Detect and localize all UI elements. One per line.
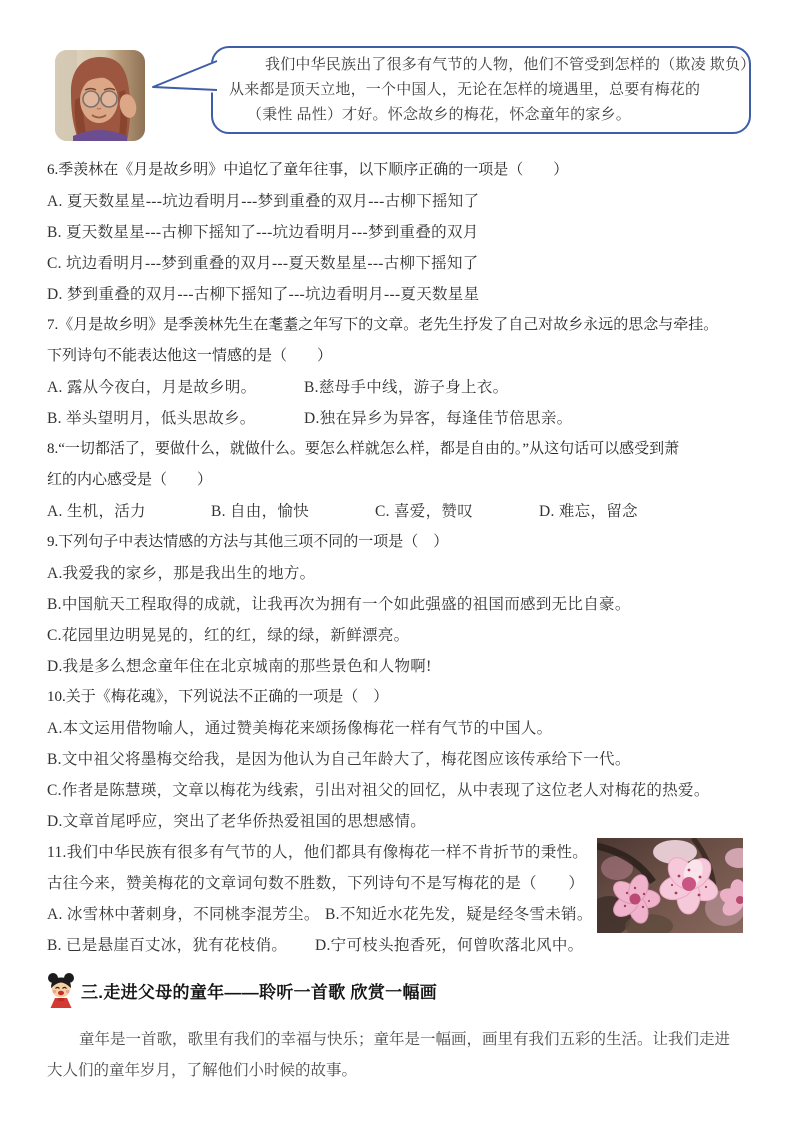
question-11-options-row: B. 已是悬崖百丈冰，犹有花枝俏。D.宁可枝头抱香死，何曾吹落北风中。 <box>47 930 757 961</box>
question-8-option-c: C. 喜爱，赞叹 <box>375 496 539 527</box>
question-7-options-row: A. 露从今夜白，月是故乡明。B.慈母手中线，游子身上衣。 <box>47 372 757 403</box>
bubble-line: 从来都是顶天立地，一个中国人，无论在怎样的境遇里，总要有梅花的 <box>229 78 737 103</box>
question-6-stem: 6.季羡林在《月是故乡明》中追忆了童年往事，以下顺序正确的一项是（ ） <box>47 155 757 186</box>
question-9-option-d: D.我是多么想念童年住在北京城南的那些景色和人物啊! <box>47 651 757 682</box>
question-6-option-c: C. 坑边看明月---梦到重叠的双月---夏天数星星---古柳下摇知了 <box>47 248 757 279</box>
question-7-stem: 7.《月是故乡明》是季羡林先生在耄耋之年写下的文章。老先生抒发了自己对故乡永远的… <box>47 310 757 341</box>
bubble-line: 我们中华民族出了很多有气节的人物，他们不管受到怎样的（欺凌 欺负） <box>229 53 737 78</box>
question-8-option-a: A. 生机，活力 <box>47 496 211 527</box>
paragraph-line: 大人们的童年岁月，了解他们小时候的故事。 <box>47 1055 757 1086</box>
question-8-option-d: D. 难忘，留念 <box>539 503 638 520</box>
question-10-option-a: A.本文运用借物喻人，通过赞美梅花来颂扬像梅花一样有气节的中国人。 <box>47 713 757 744</box>
question-11-option-b: B.不知近水花先发，疑是经冬雪未销。 <box>325 906 593 923</box>
question-7-option-b: B.慈母手中线，游子身上衣。 <box>304 379 508 396</box>
question-8-option-b: B. 自由，愉快 <box>211 496 375 527</box>
plum-blossom-photo <box>597 838 743 933</box>
question-7-option-a: A. 露从今夜白，月是故乡明。 <box>47 372 304 403</box>
question-7-options-row: B. 举头望明月，低头思故乡。D.独在异乡为异客，每逢佳节倍思亲。 <box>47 403 757 434</box>
teacher-photo <box>55 50 145 141</box>
section-intro-paragraph: 童年是一首歌，歌里有我们的幸福与快乐；童年是一幅画，画里有我们五彩的生活。让我们… <box>47 1024 757 1086</box>
question-9-option-b: B.中国航天工程取得的成就，让我再次为拥有一个如此强盛的祖国而感到无比自豪。 <box>47 589 757 620</box>
question-9-option-c: C.花园里边明晃晃的，红的红，绿的绿，新鲜漂亮。 <box>47 620 757 651</box>
question-9-stem: 9.下列句子中表达情感的方法与其他三项不同的一项是（ ） <box>47 527 757 558</box>
section-three-header: 三.走进父母的童年——聆听一首歌 欣赏一幅画 <box>45 972 437 1008</box>
paragraph-line: 童年是一首歌，歌里有我们的幸福与快乐；童年是一幅画，画里有我们五彩的生活。让我们… <box>47 1024 757 1055</box>
section-heading: 三.走进父母的童年——聆听一首歌 欣赏一幅画 <box>81 978 437 1008</box>
question-6-option-b: B. 夏天数星星---古柳下摇知了---坑边看明月---梦到重叠的双月 <box>47 217 757 248</box>
teacher-speech-bubble: 我们中华民族出了很多有气节的人物，他们不管受到怎样的（欺凌 欺负） 从来都是顶天… <box>211 46 751 134</box>
question-10-stem: 10.关于《梅花魂》，下列说法不正确的一项是（ ） <box>47 682 757 713</box>
question-10-option-d: D.文章首尾呼应，突出了老华侨热爱祖国的思想感情。 <box>47 806 757 837</box>
question-8-stem: 红的内心感受是（ ） <box>47 465 757 496</box>
question-11-option-c: B. 已是悬崖百丈冰，犹有花枝俏。 <box>47 930 315 961</box>
question-10-option-c: C.作者是陈慧瑛，文章以梅花为线索，引出对祖父的回忆，从中表现了这位老人对梅花的… <box>47 775 757 806</box>
question-7-stem: 下列诗句不能表达他这一情感的是（ ） <box>47 341 757 372</box>
question-7-option-d: D.独在异乡为异客，每逢佳节倍思亲。 <box>304 410 572 427</box>
question-11-option-a: A. 冰雪林中著刺身，不同桃李混芳尘。 <box>47 899 325 930</box>
question-10-option-b: B.文中祖父将墨梅交给我，是因为他认为自己年龄大了，梅花图应该传承给下一代。 <box>47 744 757 775</box>
question-9-option-a: A.我爱我的家乡，那是我出生的地方。 <box>47 558 757 589</box>
question-6-option-a: A. 夏天数星星---坑边看明月---梦到重叠的双月---古柳下摇知了 <box>47 186 757 217</box>
speech-bubble-tail <box>151 57 219 97</box>
question-8-options-row: A. 生机，活力B. 自由，愉快C. 喜爱，赞叹D. 难忘，留念 <box>47 496 757 527</box>
bubble-line: （秉性 品性）才好。怀念故乡的梅花，怀念童年的家乡。 <box>229 103 737 128</box>
question-7-option-c: B. 举头望明月，低头思故乡。 <box>47 403 304 434</box>
question-8-stem: 8.“一切都活了，要做什么，就做什么。要怎么样就怎么样，都是自由的。”从这句话可… <box>47 434 757 465</box>
question-11-option-d: D.宁可枝头抱香死，何曾吹落北风中。 <box>315 937 583 954</box>
question-6-option-d: D. 梦到重叠的双月---古柳下摇知了---坑边看明月---夏天数星星 <box>47 279 757 310</box>
cartoon-girl-icon <box>45 972 77 1008</box>
